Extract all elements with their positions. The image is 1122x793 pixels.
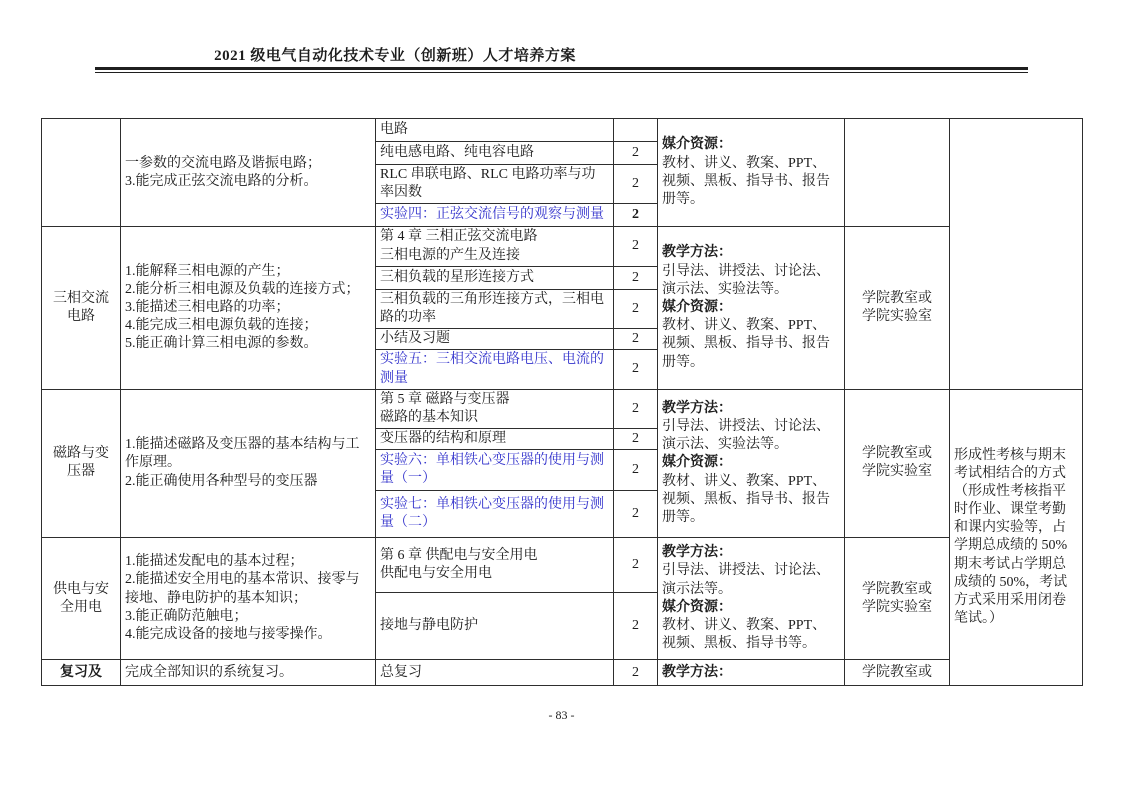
objectives-cell: 一参数的交流电路及谐振电路； 3.能完成正弦交流电路的分析。 [121,119,376,227]
location-cell: 学院教室或 学院实验室 [845,227,950,389]
table-row: 三相交流 电路 1.能解释三相电源的产生； 2.能分析三相电源及负载的连接方式；… [42,227,1083,266]
hours-cell: 2 [614,165,658,204]
content-cell: RLC 串联电路、RLC 电路功率与功率因数 [376,165,614,204]
methods-label: 教学方法： [662,664,840,682]
content-cell: 接地与静电防护 [376,593,614,660]
header-divider-rule [95,67,1028,73]
media-label: 媒介资源： [662,454,840,472]
table-row: 复习及 完成全部知识的系统复习。 总复习 2 教学方法： 学院教室或 [42,660,1083,686]
methods-label: 教学方法： [662,244,840,262]
experiment-content-cell: 实验六：单相铁心变压器的使用与测量（一） [376,450,614,491]
methods-media-cell: 教学方法： [658,660,845,686]
page-number: - 83 - [95,708,1028,723]
experiment-content-cell: 实验七：单相铁心变压器的使用与测量（二） [376,491,614,538]
methods-media-cell: 教学方法： 引导法、讲授法、讨论法、演示法、实验法等。 媒介资源： 教材、讲义、… [658,227,845,389]
objectives-cell: 1.能解释三相电源的产生； 2.能分析三相电源及负载的连接方式； 3.能描述三相… [121,227,376,389]
unit-cell [42,119,121,227]
table-row: 供电与安 全用电 1.能描述发配电的基本过程； 2.能描述安全用电的基本常识、接… [42,538,1083,593]
methods-media-cell: 教学方法： 引导法、讲授法、讨论法、演示法等。 媒介资源： 教材、讲义、教案、P… [658,538,845,660]
content-cell: 变压器的结构和原理 [376,429,614,450]
experiment-content-cell: 实验五：三相交流电路电压、电流的测量 [376,350,614,389]
location-cell: 学院教室或 [845,660,950,686]
unit-cell: 三相交流 电路 [42,227,121,389]
content-cell: 三相负载的星形连接方式 [376,266,614,289]
hours-cell: 2 [614,289,658,328]
methods-text: 引导法、讲授法、讨论法、演示法、实验法等。 [662,419,830,452]
methods-text: 引导法、讲授法、讨论法、演示法等。 [662,563,830,596]
objectives-cell: 1.能描述磁路及变压器的基本结构与工作原理。 2.能正确使用各种型号的变压器 [121,389,376,538]
hours-cell: 2 [614,593,658,660]
content-cell: 纯电感电路、纯电容电路 [376,142,614,165]
methods-media-cell: 媒介资源： 教材、讲义、教案、PPT、视频、黑板、指导书、报告册等。 [658,119,845,227]
methods-label: 教学方法： [662,400,840,418]
hours-cell: 2 [614,266,658,289]
content-cell: 总复习 [376,660,614,686]
hours-cell: 2 [614,450,658,491]
media-text: 教材、讲义、教案、PPT、视频、黑板、指导书、报告册等。 [662,474,830,525]
methods-media-cell: 教学方法： 引导法、讲授法、讨论法、演示法、实验法等。 媒介资源： 教材、讲义、… [658,389,845,538]
assessment-empty-cell [950,119,1083,390]
methods-text: 引导法、讲授法、讨论法、演示法、实验法等。 [662,264,830,297]
content-cell: 第 6 章 供配电与安全用电 供配电与安全用电 [376,538,614,593]
content-cell: 第 5 章 磁路与变压器 磁路的基本知识 [376,389,614,428]
table-row: 一参数的交流电路及谐振电路； 3.能完成正弦交流电路的分析。 电路 媒介资源： … [42,119,1083,142]
media-text: 教材、讲义、教案、PPT、视频、黑板、指导书、报告册等。 [662,156,830,207]
hours-cell: 2 [614,350,658,389]
media-label: 媒介资源： [662,299,840,317]
objectives-cell: 完成全部知识的系统复习。 [121,660,376,686]
hours-cell: 2 [614,204,658,227]
objectives-cell: 1.能描述发配电的基本过程； 2.能描述安全用电的基本常识、接零与接地、静电防护… [121,538,376,660]
methods-label: 教学方法： [662,544,840,562]
unit-cell: 磁路与变 压器 [42,389,121,538]
media-text: 教材、讲义、教案、PPT、视频、黑板、指导书等。 [662,618,826,651]
hours-cell: 2 [614,329,658,350]
hours-cell: 2 [614,389,658,428]
curriculum-table: 一参数的交流电路及谐振电路； 3.能完成正弦交流电路的分析。 电路 媒介资源： … [41,118,1083,686]
location-cell [845,119,950,227]
content-cell: 小结及习题 [376,329,614,350]
media-label: 媒介资源： [662,136,840,154]
content-cell: 电路 [376,119,614,142]
hours-cell: 2 [614,660,658,686]
table-row: 磁路与变 压器 1.能描述磁路及变压器的基本结构与工作原理。 2.能正确使用各种… [42,389,1083,428]
media-label: 媒介资源： [662,599,840,617]
page-title: 2021 级电气自动化技术专业（创新班）人才培养方案 [95,44,695,65]
unit-cell: 复习及 [42,660,121,686]
hours-cell: 2 [614,429,658,450]
assessment-cell: 形成性考核与期末考试相结合的方式（形成性考核指平时作业、课堂考勤和课内实验等，占… [950,389,1083,686]
location-cell: 学院教室或 学院实验室 [845,389,950,538]
content-cell: 第 4 章 三相正弦交流电路 三相电源的产生及连接 [376,227,614,266]
hours-cell [614,119,658,142]
unit-cell: 供电与安 全用电 [42,538,121,660]
experiment-content-cell: 实验四：正弦交流信号的观察与测量 [376,204,614,227]
location-cell: 学院教室或 学院实验室 [845,538,950,660]
hours-cell: 2 [614,142,658,165]
media-text: 教材、讲义、教案、PPT、视频、黑板、指导书、报告册等。 [662,318,830,369]
hours-cell: 2 [614,538,658,593]
hours-cell: 2 [614,491,658,538]
hours-cell: 2 [614,227,658,266]
content-cell: 三相负载的三角形连接方式，三相电路的功率 [376,289,614,328]
